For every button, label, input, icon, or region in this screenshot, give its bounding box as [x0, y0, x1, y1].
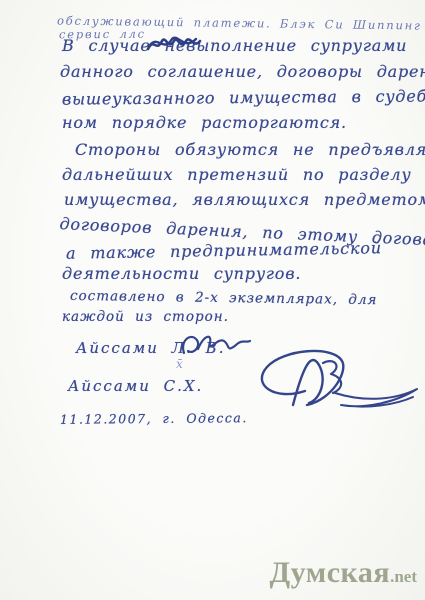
handwritten-line-closing-1: составлено в 2-х экземплярах, для	[70, 288, 378, 308]
handwritten-line-p2-1: Стороны обязуются не предъявлять	[75, 140, 425, 159]
watermark-brand: Думская	[270, 556, 391, 589]
handwritten-line-closing-2: каждой из сторон.	[62, 309, 229, 325]
handwritten-line-p1-2: данного соглашение, договоры дарения	[60, 62, 425, 81]
handwritten-line-p1-4: ном порядке расторгаются.	[62, 113, 347, 132]
signature-stroke	[293, 360, 323, 405]
signature-2	[245, 347, 423, 409]
handwritten-line-p2-6: деятельности супругов.	[62, 264, 301, 283]
signature-stroke	[262, 351, 343, 405]
handwritten-line-p1-3: вышеуказанного имущества в судеб-	[62, 86, 425, 108]
ink-blot-correction	[146, 33, 202, 55]
date-line: 11.12.2007, г. Одесса.	[60, 410, 248, 427]
signer-2-name: Айссами С.Х.	[68, 377, 203, 395]
handwritten-line-p2-3: имущества, являющихся предметом	[64, 190, 425, 209]
signature-stroke	[335, 389, 417, 407]
handwritten-line-p2-2: дальнейших претензий по разделу	[62, 165, 412, 184]
watermark-dumskaya: Думская.net	[270, 556, 417, 590]
signature-stroke	[323, 361, 341, 393]
handwritten-line-p1-1: В случае невыполнение супругами	[62, 36, 407, 55]
inserted-letter-mark: х̄	[176, 357, 183, 371]
signature-stroke	[183, 337, 198, 353]
handwritten-line-p2-5: а также предпринимательской	[66, 238, 382, 263]
watermark-tld: .net	[390, 567, 417, 586]
signature-stroke	[198, 337, 250, 349]
scanned-handwritten-document: обслуживающий платежи. Блэк Си Шиппинг с…	[0, 0, 425, 600]
signature-1	[178, 331, 253, 359]
